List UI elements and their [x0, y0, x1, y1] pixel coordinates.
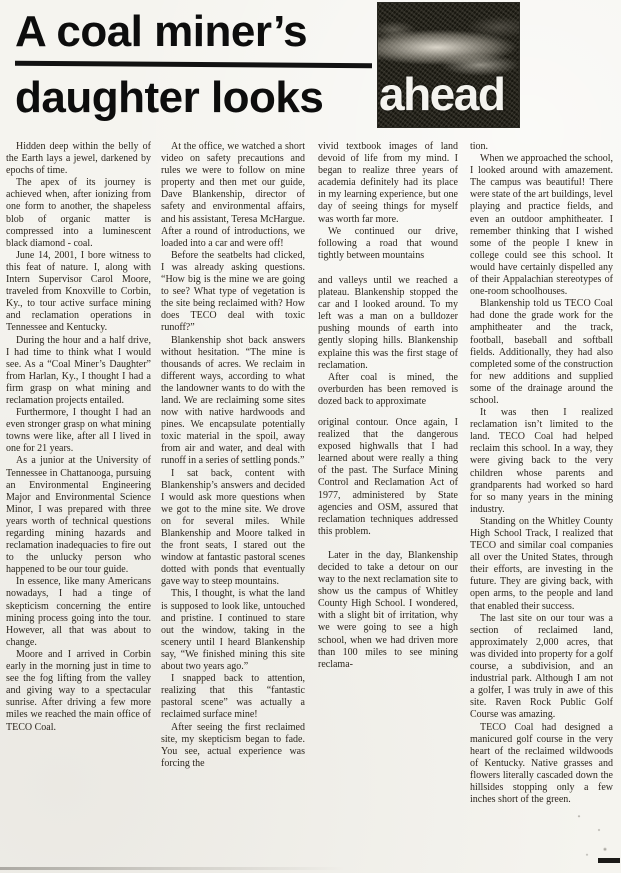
paragraph: After coal is mined, the overburden has …: [318, 372, 458, 408]
column-4: tion. When we approached the school, I l…: [470, 141, 613, 806]
paragraph: Furthermore, I thought I had an even str…: [6, 407, 151, 455]
mine-aerial-photo: ahead: [377, 2, 520, 128]
paragraph: original contour. Once again, I realized…: [318, 417, 458, 538]
headline-line1: A coal miner’s: [15, 10, 307, 54]
paragraph: The last site on our tour was a section …: [470, 613, 613, 722]
column-1: Hidden deep within the belly of the Eart…: [6, 141, 151, 734]
paragraph: TECO Coal had designed a manicured golf …: [470, 722, 613, 807]
headline-line2: daughter looks: [15, 76, 323, 120]
paragraph: When we approached the school, I looked …: [470, 153, 613, 298]
paragraph: tion.: [470, 141, 613, 153]
paragraph: Hidden deep within the belly of the Eart…: [6, 141, 151, 177]
paragraph: vivid textbook images of land devoid of …: [318, 141, 458, 226]
paragraph: Moore and I arrived in Corbin early in t…: [6, 649, 151, 734]
headline-overlay-ahead: ahead: [379, 71, 504, 117]
paragraph: At the office, we watched a short video …: [161, 141, 305, 250]
scan-ink-specks: [575, 808, 615, 863]
paragraph: After seeing the first reclaimed site, m…: [161, 722, 305, 770]
paragraph: We continued our drive, following a road…: [318, 226, 458, 262]
paragraph: I sat back, content with Blankenship’s a…: [161, 468, 305, 589]
paragraph: Before the seatbelts had clicked, I was …: [161, 250, 305, 335]
paragraph: Blankenship shot back answers without he…: [161, 335, 305, 468]
paragraph: and valleys until we reached a plateau. …: [318, 275, 458, 372]
paragraph: During the hour and a half drive, I had …: [6, 335, 151, 408]
paragraph: Standing on the Whitley County High Scho…: [470, 516, 613, 613]
column-2: At the office, we watched a short video …: [161, 141, 305, 770]
paragraph: As a junior at the University of Tenness…: [6, 455, 151, 576]
paragraph: Later in the day, Blankenship decided to…: [318, 550, 458, 671]
headline-divider: [15, 61, 372, 68]
paragraph: Blankenship told us TECO Coal had done t…: [470, 298, 613, 407]
newspaper-article-scan: A coal miner’s daughter looks ahead Hidd…: [0, 0, 621, 873]
paragraph: It was then I realized reclamation isn’t…: [470, 407, 613, 516]
scan-smudge-line: [0, 867, 345, 870]
paragraph: This, I thought, is what the land is sup…: [161, 588, 305, 673]
paragraph: In essence, like many Americans nowadays…: [6, 576, 151, 649]
paragraph: The apex of its journey is achieved when…: [6, 177, 151, 250]
column-3: vivid textbook images of land devoid of …: [318, 141, 458, 671]
paragraph: I snapped back to attention, realizing t…: [161, 673, 305, 721]
paragraph: June 14, 2001, I bore witness to this fe…: [6, 250, 151, 335]
scan-corner-mark: [598, 858, 620, 863]
